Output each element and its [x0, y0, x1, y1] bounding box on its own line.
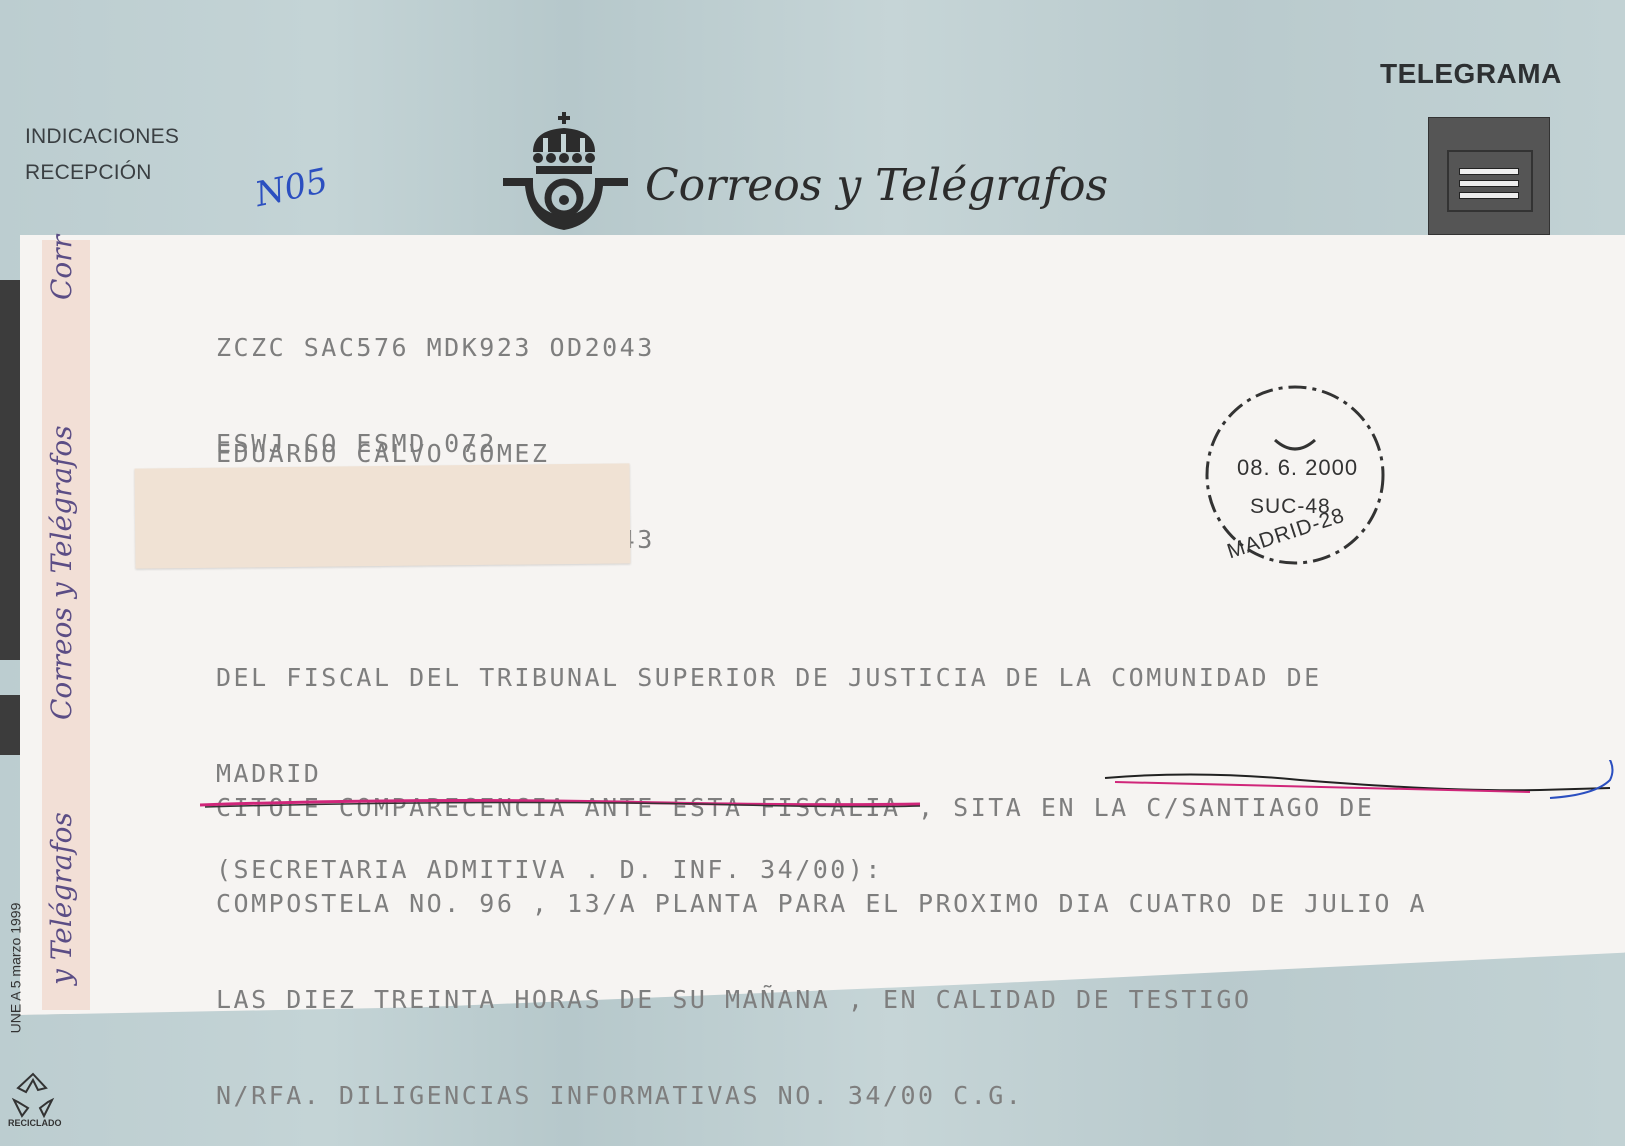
body-line: N/RFA. DILIGENCIAS INFORMATIVAS NO. 34/0… [216, 1080, 1427, 1112]
sender-line: DEL FISCAL DEL TRIBUNAL SUPERIOR DE JUST… [216, 662, 1322, 694]
edge-strip [0, 695, 22, 755]
document-title: TELEGRAMA [1380, 58, 1562, 90]
body-line: LAS DIEZ TREINTA HORAS DE SU MAÑANA , EN… [216, 984, 1427, 1016]
header-line: ZCZC SAC576 MDK923 OD2043 [216, 332, 655, 364]
telegram-icon-line [1459, 168, 1519, 175]
postmark-date: 08. 6. 2000 [1237, 455, 1358, 481]
redaction-tape [134, 463, 630, 568]
telegram-icon-line [1459, 192, 1519, 199]
body-line: COMPOSTELA NO. 96 , 13/A PLANTA PARA EL … [216, 888, 1427, 920]
indicaciones-label: INDICACIONES [25, 125, 179, 149]
handwritten-underline [200, 760, 1620, 850]
side-brand-text: Corr [45, 235, 78, 300]
side-brand-text: y Telégrafos [45, 812, 78, 985]
side-brand-text: Correos y Telégrafos [45, 425, 78, 720]
telegram-icon-line [1459, 180, 1519, 187]
recycle-label: RECICLADO [8, 1118, 62, 1128]
recepcion-label: RECEPCIÓN [25, 161, 152, 185]
correos-crown-horn-icon [503, 112, 628, 234]
brand-name: Correos y Telégrafos [645, 160, 1108, 211]
edge-strip [0, 420, 22, 660]
telegram-icon [1428, 117, 1550, 235]
recycle-icon [8, 1070, 58, 1120]
form-standard-code: UNE A 5 marzo 1999 [7, 903, 23, 1034]
edge-strip [0, 280, 22, 420]
